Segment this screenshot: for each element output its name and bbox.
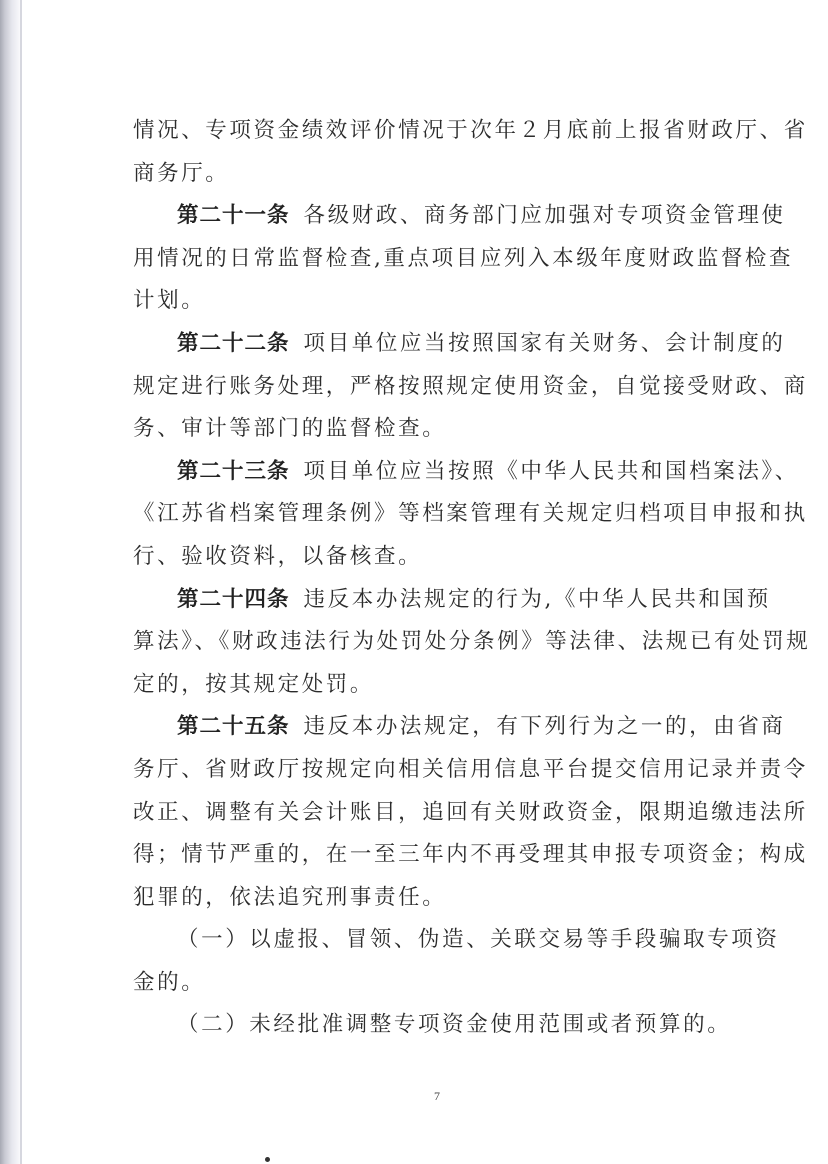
article-heading: 第二十四条: [177, 587, 290, 612]
text-line: 得；情节严重的，在一至三年内不再受理其申报专项资金；构成: [133, 834, 749, 877]
text-line: 情况、专项资金绩效评价情况于次年２月底前上报省财政厅、省: [133, 110, 749, 153]
text-line: 金的。: [133, 962, 749, 1005]
text-line: 算法》、《财政违法行为处罚处分条例》等法律、法规已有处罚规: [133, 621, 749, 664]
article-heading: 第二十二条: [177, 331, 290, 356]
text-line: 犯罪的，依法追究刑事责任。: [133, 877, 749, 920]
text-line: 商务厅。: [133, 153, 749, 196]
article-23: 第二十三条项目单位应当按照《中华人民共和国档案法》、: [133, 451, 749, 494]
list-item-1: （一）以虚报、冒领、伪造、关联交易等手段骗取专项资: [133, 919, 749, 962]
page-number: 7: [434, 1089, 440, 1104]
text-line: 改正、调整有关会计账目，追回有关财政资金，限期追缴违法所: [133, 792, 749, 835]
article-heading: 第二十五条: [177, 714, 290, 739]
article-heading: 第二十三条: [177, 459, 290, 484]
document-body: 情况、专项资金绩效评价情况于次年２月底前上报省财政厅、省 商务厅。 第二十一条各…: [133, 110, 749, 1047]
text-line: 定的，按其规定处罚。: [133, 664, 749, 707]
text-line: 行、验收资料，以备核查。: [133, 536, 749, 579]
text-line: 用情况的日常监督检查,重点项目应列入本级年度财政监督检查: [133, 238, 749, 281]
text-line: 务、审计等部门的监督检查。: [133, 408, 749, 451]
text-line: 计划。: [133, 280, 749, 323]
scan-binding-line: [20, 0, 22, 1164]
scan-binding-edge: [0, 0, 22, 1164]
text-line: 规定进行账务处理，严格按照规定使用资金，自觉接受财政、商: [133, 366, 749, 409]
article-21: 第二十一条各级财政、商务部门应加强对专项资金管理使: [133, 195, 749, 238]
text-line: 务厅、省财政厅按规定向相关信用信息平台提交信用记录并责令: [133, 749, 749, 792]
article-22: 第二十二条项目单位应当按照国家有关财务、会计制度的: [133, 323, 749, 366]
text-line: 《江苏省档案管理条例》等档案管理有关规定归档项目申报和执: [133, 493, 749, 536]
article-25: 第二十五条违反本办法规定，有下列行为之一的，由省商: [133, 706, 749, 749]
article-24: 第二十四条违反本办法规定的行为,《中华人民共和国预: [133, 579, 749, 622]
scan-speck: [265, 1157, 270, 1162]
article-heading: 第二十一条: [177, 203, 290, 228]
list-item-2: （二）未经批准调整专项资金使用范围或者预算的。: [133, 1004, 749, 1047]
